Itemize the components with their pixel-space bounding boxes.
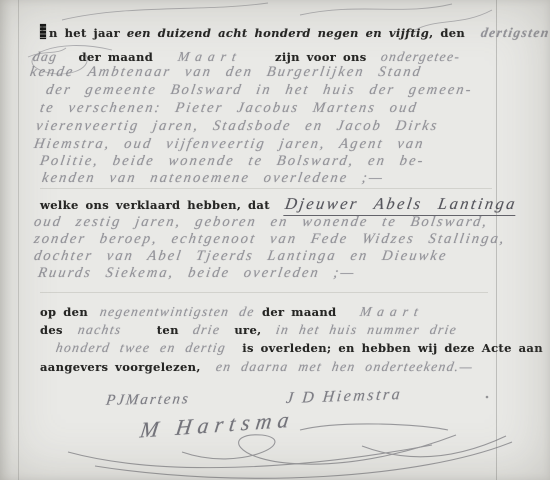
death-time-line: des nachts ten drie ure, in het huis num… [40,319,457,338]
closing-line: aangevers voorgelezen, en daarna met hen… [40,356,473,375]
faint-form-rule [40,188,492,189]
scanned-death-record-page: In het jaar een duizend acht honderd neg… [0,0,550,480]
death-date-line: op den negenentwintigsten de der maand M… [40,301,423,320]
print-ten: ten [157,323,179,337]
handwritten-line: kenden van natenoemene overledene ;— [41,170,386,187]
print-der-maand: der maand [262,305,337,319]
opening-line-1: In het jaar een duizend acht honderd neg… [40,24,550,41]
handwritten-house-b: honderd twee en dertig [55,340,228,356]
deceased-name: Djeuwer Abels Lantinga [283,194,518,216]
handwritten-line: oud zestig jaren, geboren en wonende te … [33,214,490,231]
print-voorgelezen: aangevers voorgelezen, [40,360,201,374]
handwritten-ondergetee: ondergetee- [379,49,461,65]
signature-martens: PJMartens [105,391,191,410]
handwritten-line: Hiemstra, oud vijfenveertig jaren, Agent… [33,136,426,153]
handwritten-line: kende Ambtenaar van den Burgerlijken Sta… [29,64,424,81]
handwritten-death-month: Maart [358,304,424,320]
handwritten-dag: dag [32,49,59,65]
handwritten-line: vierenveertig jaren, Stadsbode en Jacob … [35,118,440,135]
signature-registrar: M Hartsma [138,406,296,443]
print-zijn-voor-ons: zijn voor ons [275,50,367,64]
print-verklaard: welke ons verklaard hebben, dat [40,198,270,212]
faint-form-rule [40,292,488,293]
handwritten-hour: drie [192,322,222,338]
handwritten-time-of-day: nachts [77,322,123,338]
handwritten-line: Politie, beide wonende te Bolsward, en b… [39,153,426,170]
handwritten-month: Maart [177,49,243,65]
handwritten-day: dertigsten [480,25,550,41]
opening-line-2: dag der maand Maart zijn voor ons onderg… [33,46,460,65]
signature-hiemstra: J D Hiemstra [285,386,403,408]
ornamental-initial: I [40,24,46,39]
handwritten-closing: en daarna met hen onderteekend.— [215,359,475,375]
page-left-edge-shadow [0,0,12,480]
print-ure: ure, [234,323,261,337]
print-der-maand: der maand [79,50,154,64]
print-text: n het jaar [49,26,120,40]
year-phrase: een duizend acht honderd negen en vijfti… [127,26,429,40]
handwritten-death-day: negenentwintigsten de [99,304,256,320]
print-is-overleden: is overleden; en hebben wij deze Acte aa… [242,341,550,355]
handwritten-line: der gemeente Bolsward in het huis der ge… [45,82,474,99]
handwritten-line: Ruurds Siekema, beide overleden ;— [37,265,357,282]
handwritten-line: zonder beroep, echtgenoot van Fede Widze… [33,231,507,248]
declaration-line: welke ons verklaard hebben, dat Djeuwer … [40,194,517,216]
print-text: , den [429,26,465,40]
print-op-den: op den [40,305,88,319]
death-house-line: honderd twee en dertig is overleden; en … [56,337,550,356]
left-fold-line [18,0,19,480]
handwritten-line: te verschenen: Pieter Jacobus Martens ou… [39,100,419,117]
handwritten-house-a: in het huis nummer drie [274,322,458,338]
handwritten-line: dochter van Abel Tjeerds Lantinga en Die… [33,248,449,265]
print-des: des [40,323,63,337]
